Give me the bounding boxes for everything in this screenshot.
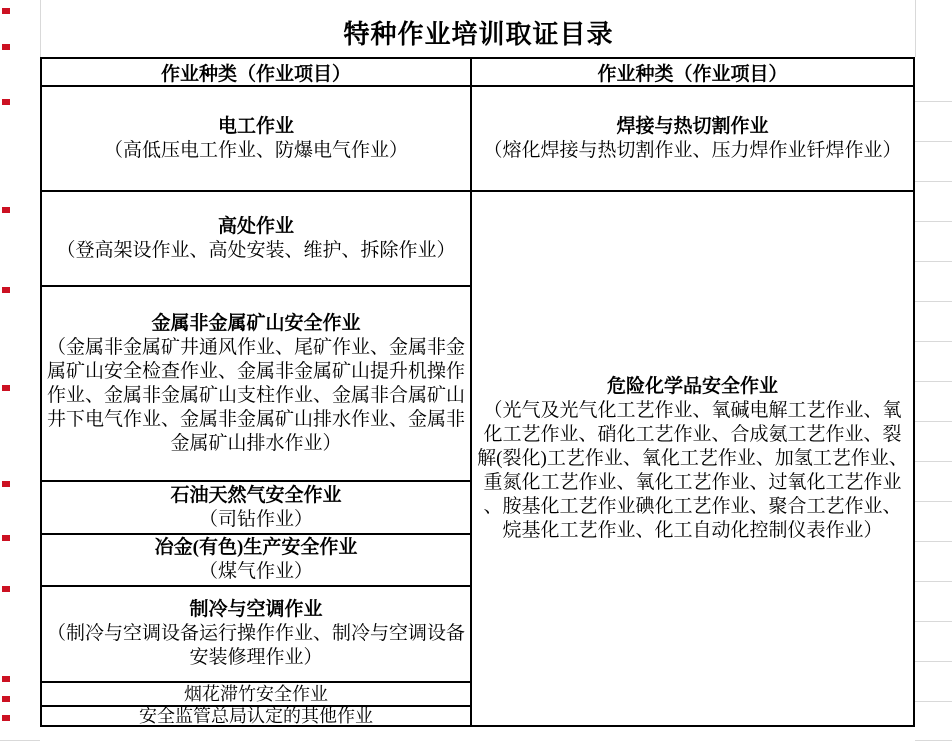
- gridline: [915, 341, 952, 342]
- catalog-table: 作业种类（作业项目） 作业种类（作业项目） 电工作业 （高低压电工作业、防爆电气…: [40, 57, 915, 727]
- gridline: [915, 141, 952, 142]
- cell-welding-work: 焊接与热切割作业 （熔化焊接与热切割作业、压力焊作业钎焊作业）: [472, 87, 915, 192]
- gridline: [915, 541, 952, 542]
- column-header-left: 作业种类（作业项目）: [42, 59, 472, 87]
- cell-detail: （司钻作业）: [199, 508, 313, 532]
- gridline: [915, 101, 952, 102]
- edge-marker: [2, 44, 10, 50]
- gridline: [915, 621, 952, 622]
- cell-title: 电工作业: [218, 115, 294, 139]
- edge-marker: [2, 696, 10, 702]
- cell-title: 制冷与空调作业: [189, 598, 322, 622]
- column-header-right: 作业种类（作业项目）: [472, 59, 915, 87]
- cell-detail: （制冷与空调设备运行操作作业、制冷与空调设备安装修理作业）: [45, 622, 467, 670]
- gridline: [915, 581, 952, 582]
- cell-title: 金属非金属矿山安全作业: [151, 312, 360, 336]
- cell-electrical-work: 电工作业 （高低压电工作业、防爆电气作业）: [42, 87, 472, 192]
- gridline: [915, 261, 952, 262]
- edge-marker: [2, 481, 10, 487]
- gridline: [915, 301, 952, 302]
- cell-hazardous-chemicals-work: 危险化学品安全作业 （光气及光气化工艺作业、氧碱电解工艺作业、氧化工艺作业、硝化…: [472, 192, 915, 727]
- cell-metallurgy-work: 冶金(有色)生产安全作业 （煤气作业）: [42, 535, 472, 587]
- gridline: [915, 661, 952, 662]
- cell-refrigeration-work: 制冷与空调作业 （制冷与空调设备运行操作作业、制冷与空调设备安装修理作业）: [42, 587, 472, 683]
- cell-title: 石油天然气安全作业: [170, 484, 341, 508]
- gridline: [915, 740, 952, 741]
- cell-title: 安全监管总局认定的其他作业: [139, 707, 373, 726]
- cell-title: 烟花滞竹安全作业: [184, 684, 328, 704]
- cell-fireworks-work: 烟花滞竹安全作业: [42, 683, 472, 707]
- gridline: [915, 221, 952, 222]
- cell-detail: （高低压电工作业、防爆电气作业）: [104, 139, 408, 163]
- edge-marker: [2, 8, 10, 14]
- gridline: [915, 501, 952, 502]
- edge-marker: [2, 99, 10, 105]
- edge-marker: [2, 715, 10, 721]
- cell-detail: （煤气作业）: [199, 560, 313, 584]
- cell-detail: （熔化焊接与热切割作业、压力焊作业钎焊作业）: [483, 139, 901, 163]
- edge-marker: [2, 385, 10, 391]
- page-title: 特种作业培训取证目录: [40, 14, 917, 51]
- gridline: [915, 181, 952, 182]
- cell-title: 冶金(有色)生产安全作业: [155, 536, 358, 560]
- cell-detail: （登高架设作业、高处安装、维护、拆除作业）: [56, 239, 455, 263]
- edge-marker: [2, 676, 10, 682]
- spreadsheet-canvas: 特种作业培训取证目录 作业种类（作业项目） 作业种类（作业项目） 电工作业 （高…: [0, 0, 952, 746]
- cell-high-altitude-work: 高处作业 （登高架设作业、高处安装、维护、拆除作业）: [42, 192, 472, 287]
- cell-title: 高处作业: [218, 215, 294, 239]
- edge-marker: [2, 287, 10, 293]
- gridline: [915, 421, 952, 422]
- cell-title: 焊接与热切割作业: [616, 115, 768, 139]
- cell-oil-gas-work: 石油天然气安全作业 （司钻作业）: [42, 482, 472, 535]
- cell-mining-safety-work: 金属非金属矿山安全作业 （金属非金属矿井通风作业、尾矿作业、金属非金属矿山安全检…: [42, 287, 472, 482]
- cell-detail: （金属非金属矿井通风作业、尾矿作业、金属非金属矿山安全检查作业、金属非金属矿山提…: [45, 336, 467, 456]
- edge-marker: [2, 535, 10, 541]
- gridline: [915, 461, 952, 462]
- cell-title: 危险化学品安全作业: [607, 375, 778, 399]
- cell-other-work: 安全监管总局认定的其他作业: [42, 707, 472, 727]
- gridline: [915, 701, 952, 702]
- cell-detail: （光气及光气化工艺作业、氧碱电解工艺作业、氧化工艺作业、硝化工艺作业、合成氨工艺…: [475, 399, 910, 543]
- edge-marker: [2, 207, 10, 213]
- gridline: [0, 740, 40, 741]
- edge-marker: [2, 586, 10, 592]
- gridline: [915, 381, 952, 382]
